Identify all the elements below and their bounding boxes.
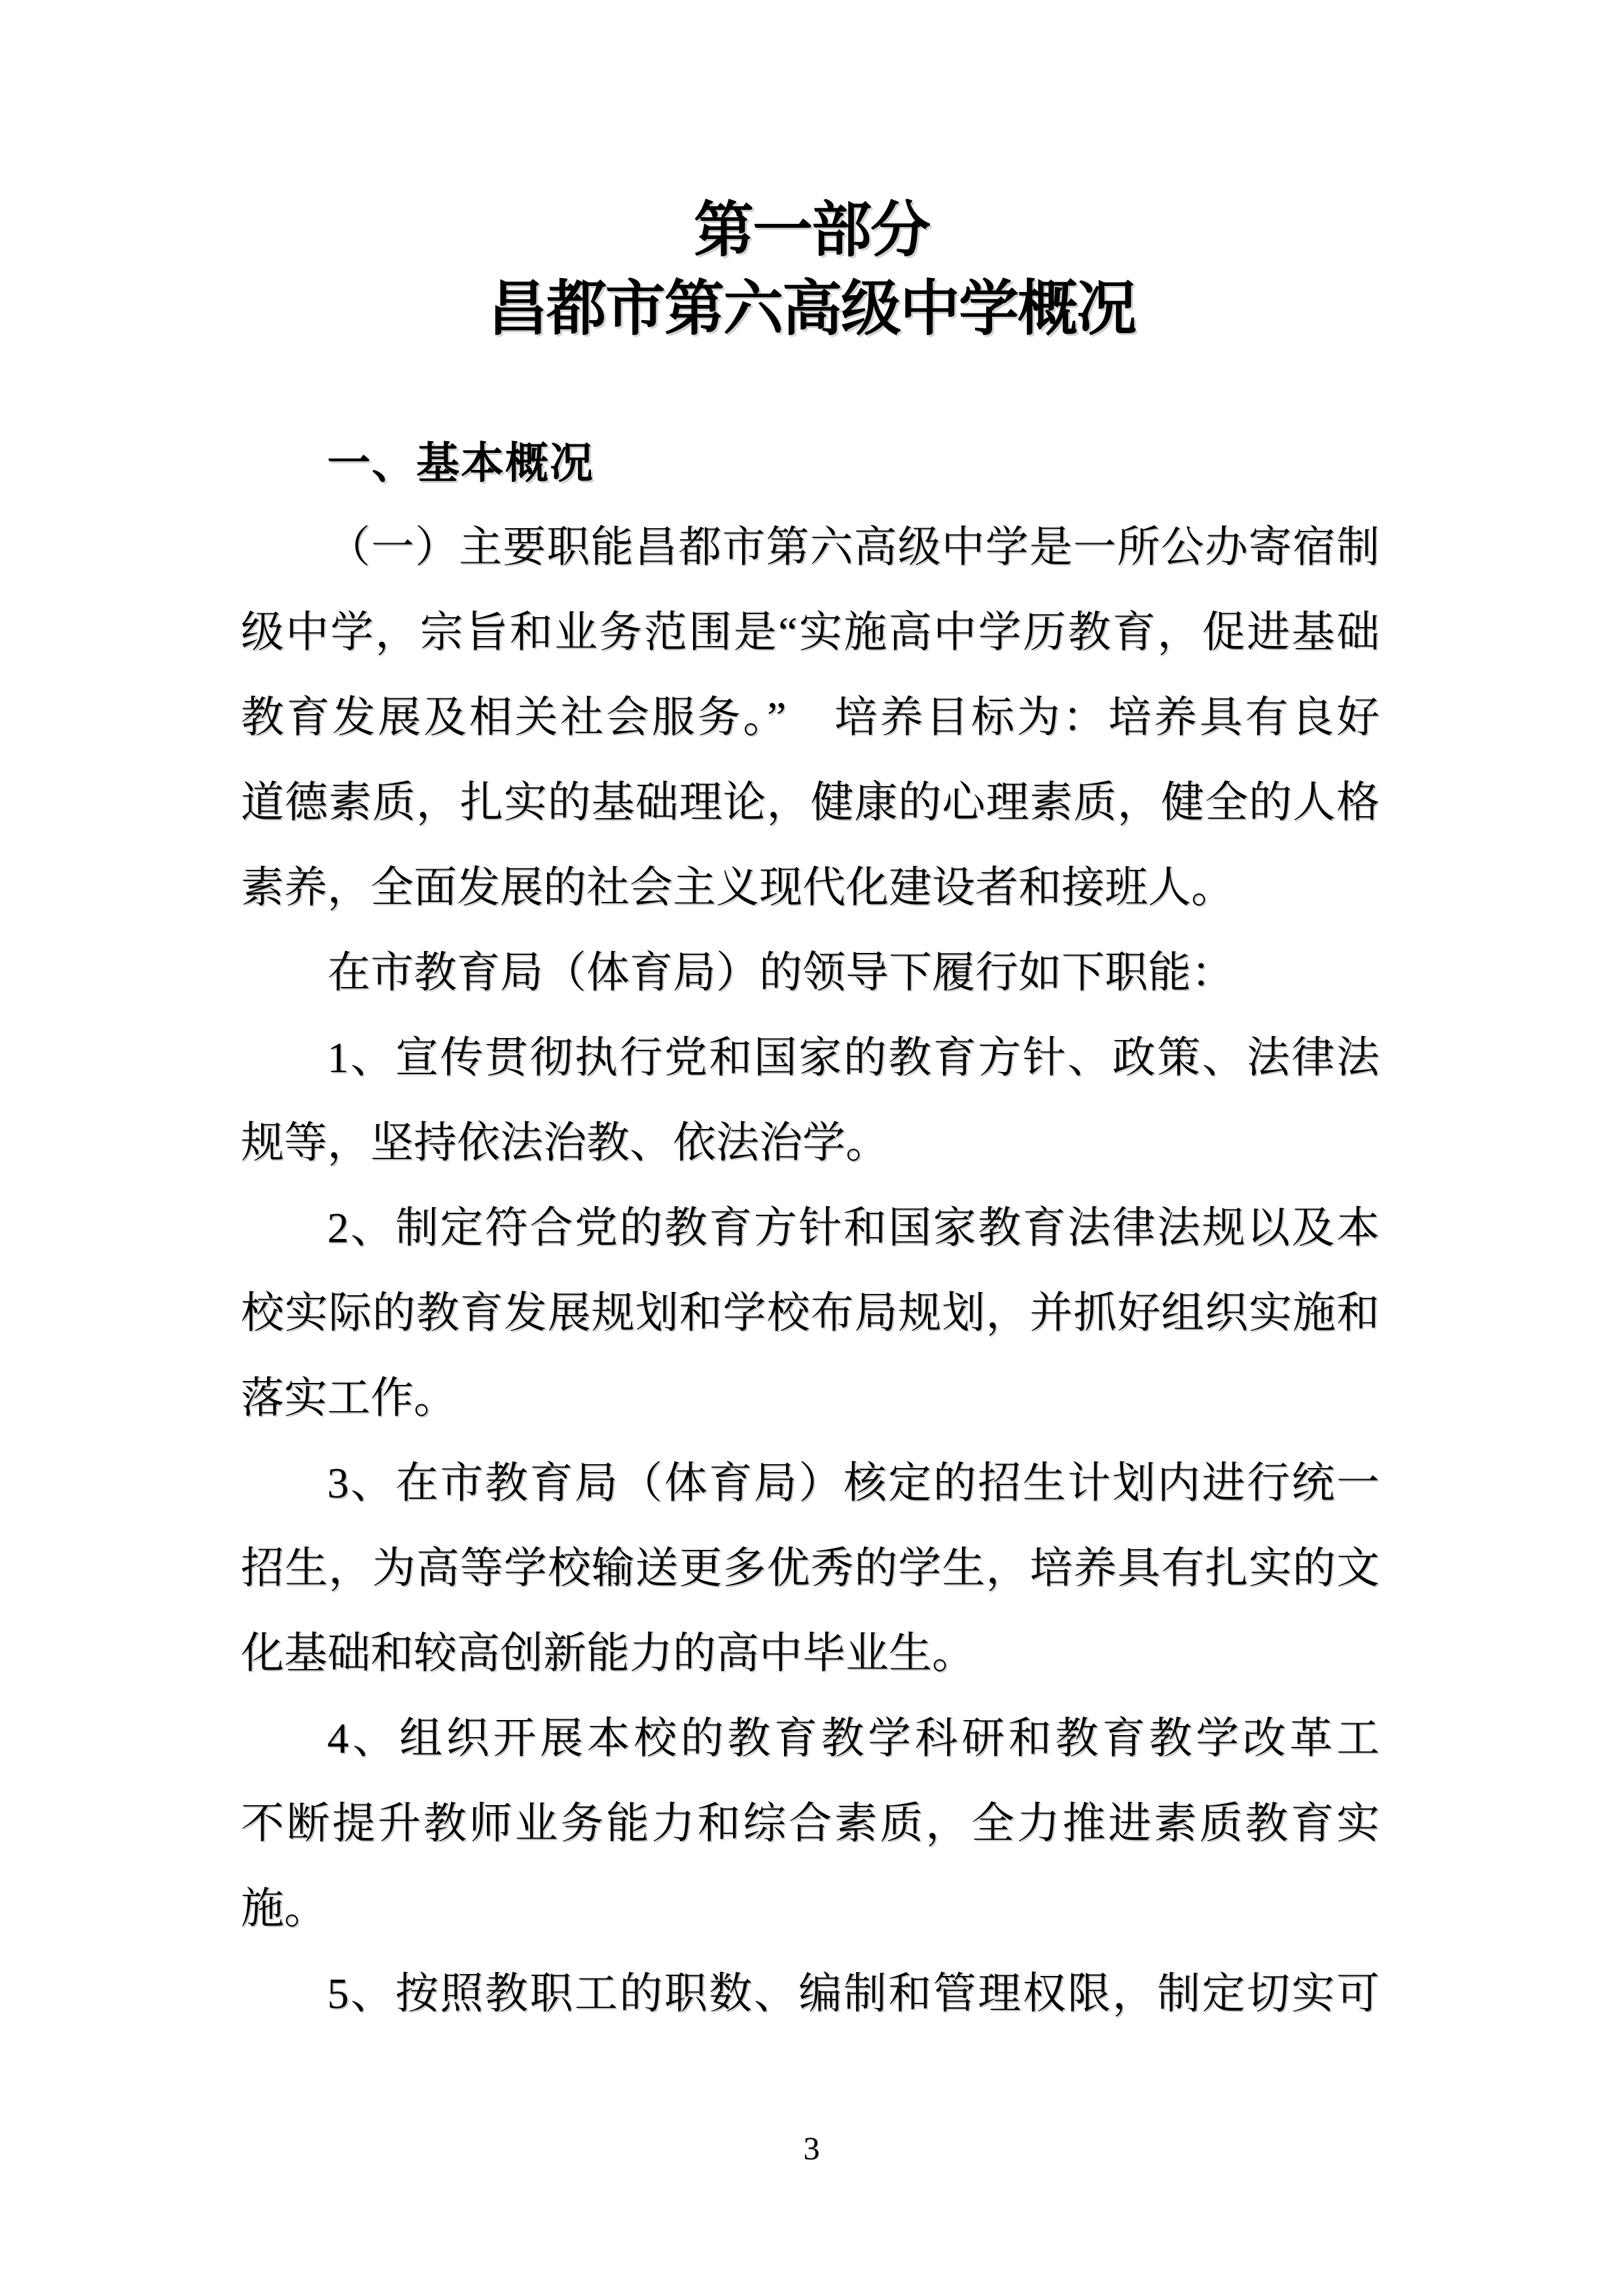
paragraph-line: 1、宣传贯彻执行党和国家的教育方针、政策、法律法: [241, 1016, 1380, 1101]
part-title: 第一部分: [0, 191, 1623, 270]
paragraph-line: 教育发展及相关社会服务。” 培养目标为：培养具有良好: [241, 675, 1380, 761]
title-block: 第一部分 昌都市第六高级中学概况: [0, 191, 1623, 348]
paragraph-line: 5、按照教职工的职数、编制和管理权限，制定切实可: [241, 1952, 1380, 2037]
paragraph-line: 落实工作。: [241, 1356, 1380, 1441]
paragraph-line: 施。: [241, 1867, 1380, 1952]
paragraph-line: （一）主要职能昌都市第六高级中学是一所公办寄宿制高: [241, 505, 1380, 590]
paragraph-line: 3、在市教育局（体育局）核定的招生计划内进行统一: [241, 1441, 1380, 1526]
paragraph-line: 级中学，宗旨和业务范围是“实施高中学历教育，促进基础: [241, 590, 1380, 675]
document-page: 第一部分 昌都市第六高级中学概况 一、基本概况 （一）主要职能昌都市第六高级中学…: [0, 0, 1623, 2296]
paragraph-line: 4、组织开展本校的教育教学科研和教育教学改革工作，: [241, 1696, 1380, 1782]
paragraph-line: 校实际的教育发展规划和学校布局规划，并抓好组织实施和: [241, 1271, 1380, 1356]
paragraph-line: 规等，坚持依法治教、依法治学。: [241, 1101, 1380, 1186]
paragraph-line: 素养，全面发展的社会主义现代化建设者和接班人。: [241, 846, 1380, 931]
section-heading: 一、基本概况: [241, 420, 1380, 505]
document-body: 一、基本概况 （一）主要职能昌都市第六高级中学是一所公办寄宿制高 级中学，宗旨和…: [241, 420, 1380, 2037]
document-title: 昌都市第六高级中学概况: [0, 270, 1623, 348]
paragraph-line: 不断提升教师业务能力和综合素质，全力推进素质教育实: [241, 1782, 1380, 1867]
paragraph-line: 在市教育局（体育局）的领导下履行如下职能：: [241, 931, 1380, 1016]
paragraph-line: 2、制定符合党的教育方针和国家教育法律法规以及本: [241, 1186, 1380, 1271]
paragraph-line: 化基础和较高创新能力的高中毕业生。: [241, 1611, 1380, 1696]
page-number: 3: [0, 2128, 1623, 2168]
paragraph-line: 招生，为高等学校输送更多优秀的学生，培养具有扎实的文: [241, 1526, 1380, 1611]
paragraph-line: 道德素质，扎实的基础理论，健康的心理素质，健全的人格: [241, 761, 1380, 846]
